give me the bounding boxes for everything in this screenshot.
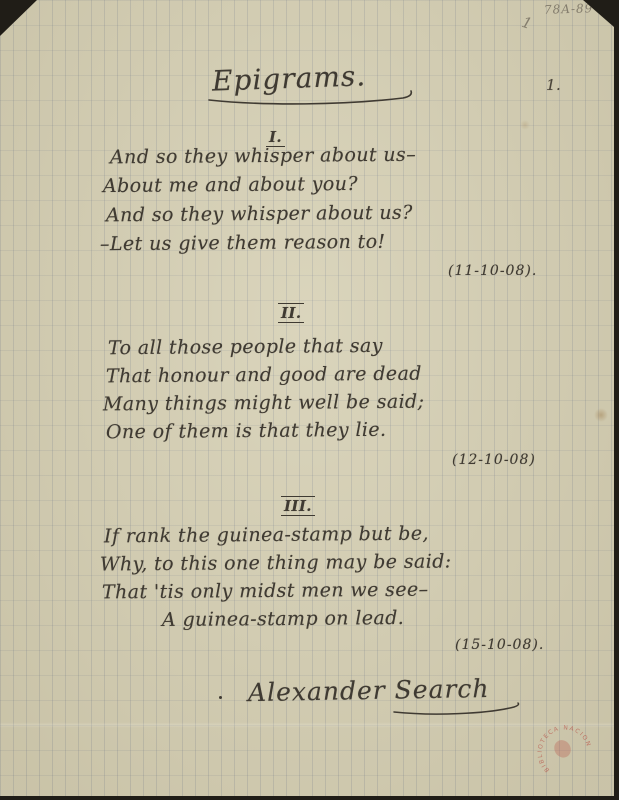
svg-text:BIBLIOTECA NACIONAL: BIBLIOTECA NACIONAL xyxy=(520,706,594,778)
author-signature: Alexander Search xyxy=(248,674,490,707)
epigram-2-date: (12-10-08) xyxy=(452,452,536,468)
manuscript-scan: 78A-89 1 Epigrams. 1. I. And so they whi… xyxy=(0,0,619,800)
paper-stain xyxy=(520,120,530,130)
signature-underline-flourish xyxy=(392,702,522,718)
epigram-3-numeral: III. xyxy=(281,496,315,516)
epigram-3-line-3: That 'tis only midst men we see– xyxy=(102,579,429,604)
epigram-3-line-4: A guinea-stamp on lead. xyxy=(162,607,404,631)
squared-paper-sheet: 78A-89 1 Epigrams. 1. I. And so they whi… xyxy=(0,0,614,796)
epigram-3-line-2: Why, to this one thing may be said: xyxy=(100,550,452,575)
epigram-2-numeral: II. xyxy=(278,303,304,323)
signature-dot xyxy=(219,696,222,699)
epigram-2-line-1: To all those people that say xyxy=(108,335,383,359)
epigram-2-line-2: That honour and good are dead xyxy=(106,363,422,388)
page-number: 1. xyxy=(546,76,561,94)
epigram-1-line-1: And so they whisper about us– xyxy=(110,144,416,169)
page-title: Epigrams. xyxy=(211,59,366,97)
epigram-1-line-3: And so they whisper about us? xyxy=(106,202,413,227)
epigram-2-line-3: Many things might well be said; xyxy=(103,391,425,416)
epigram-3-line-1: If rank the guinea-stamp but be, xyxy=(104,523,429,548)
library-stamp: BIBLIOTECA NACIONAL xyxy=(520,706,604,790)
epigram-2-line-4: One of them is that they lie. xyxy=(106,419,387,443)
epigram-1-date: (11-10-08). xyxy=(448,263,537,279)
archival-code: 78A-89 xyxy=(544,1,594,17)
paper-crease xyxy=(0,724,614,726)
stamp-text: BIBLIOTECA NACIONAL xyxy=(520,706,594,778)
pencil-tick-mark: 1 xyxy=(519,13,534,33)
epigram-3-date: (15-10-08). xyxy=(455,637,544,653)
epigram-1-line-2: About me and about you? xyxy=(103,173,358,197)
paper-stain xyxy=(594,408,608,422)
epigram-1-line-4: –Let us give them reason to! xyxy=(100,231,386,255)
